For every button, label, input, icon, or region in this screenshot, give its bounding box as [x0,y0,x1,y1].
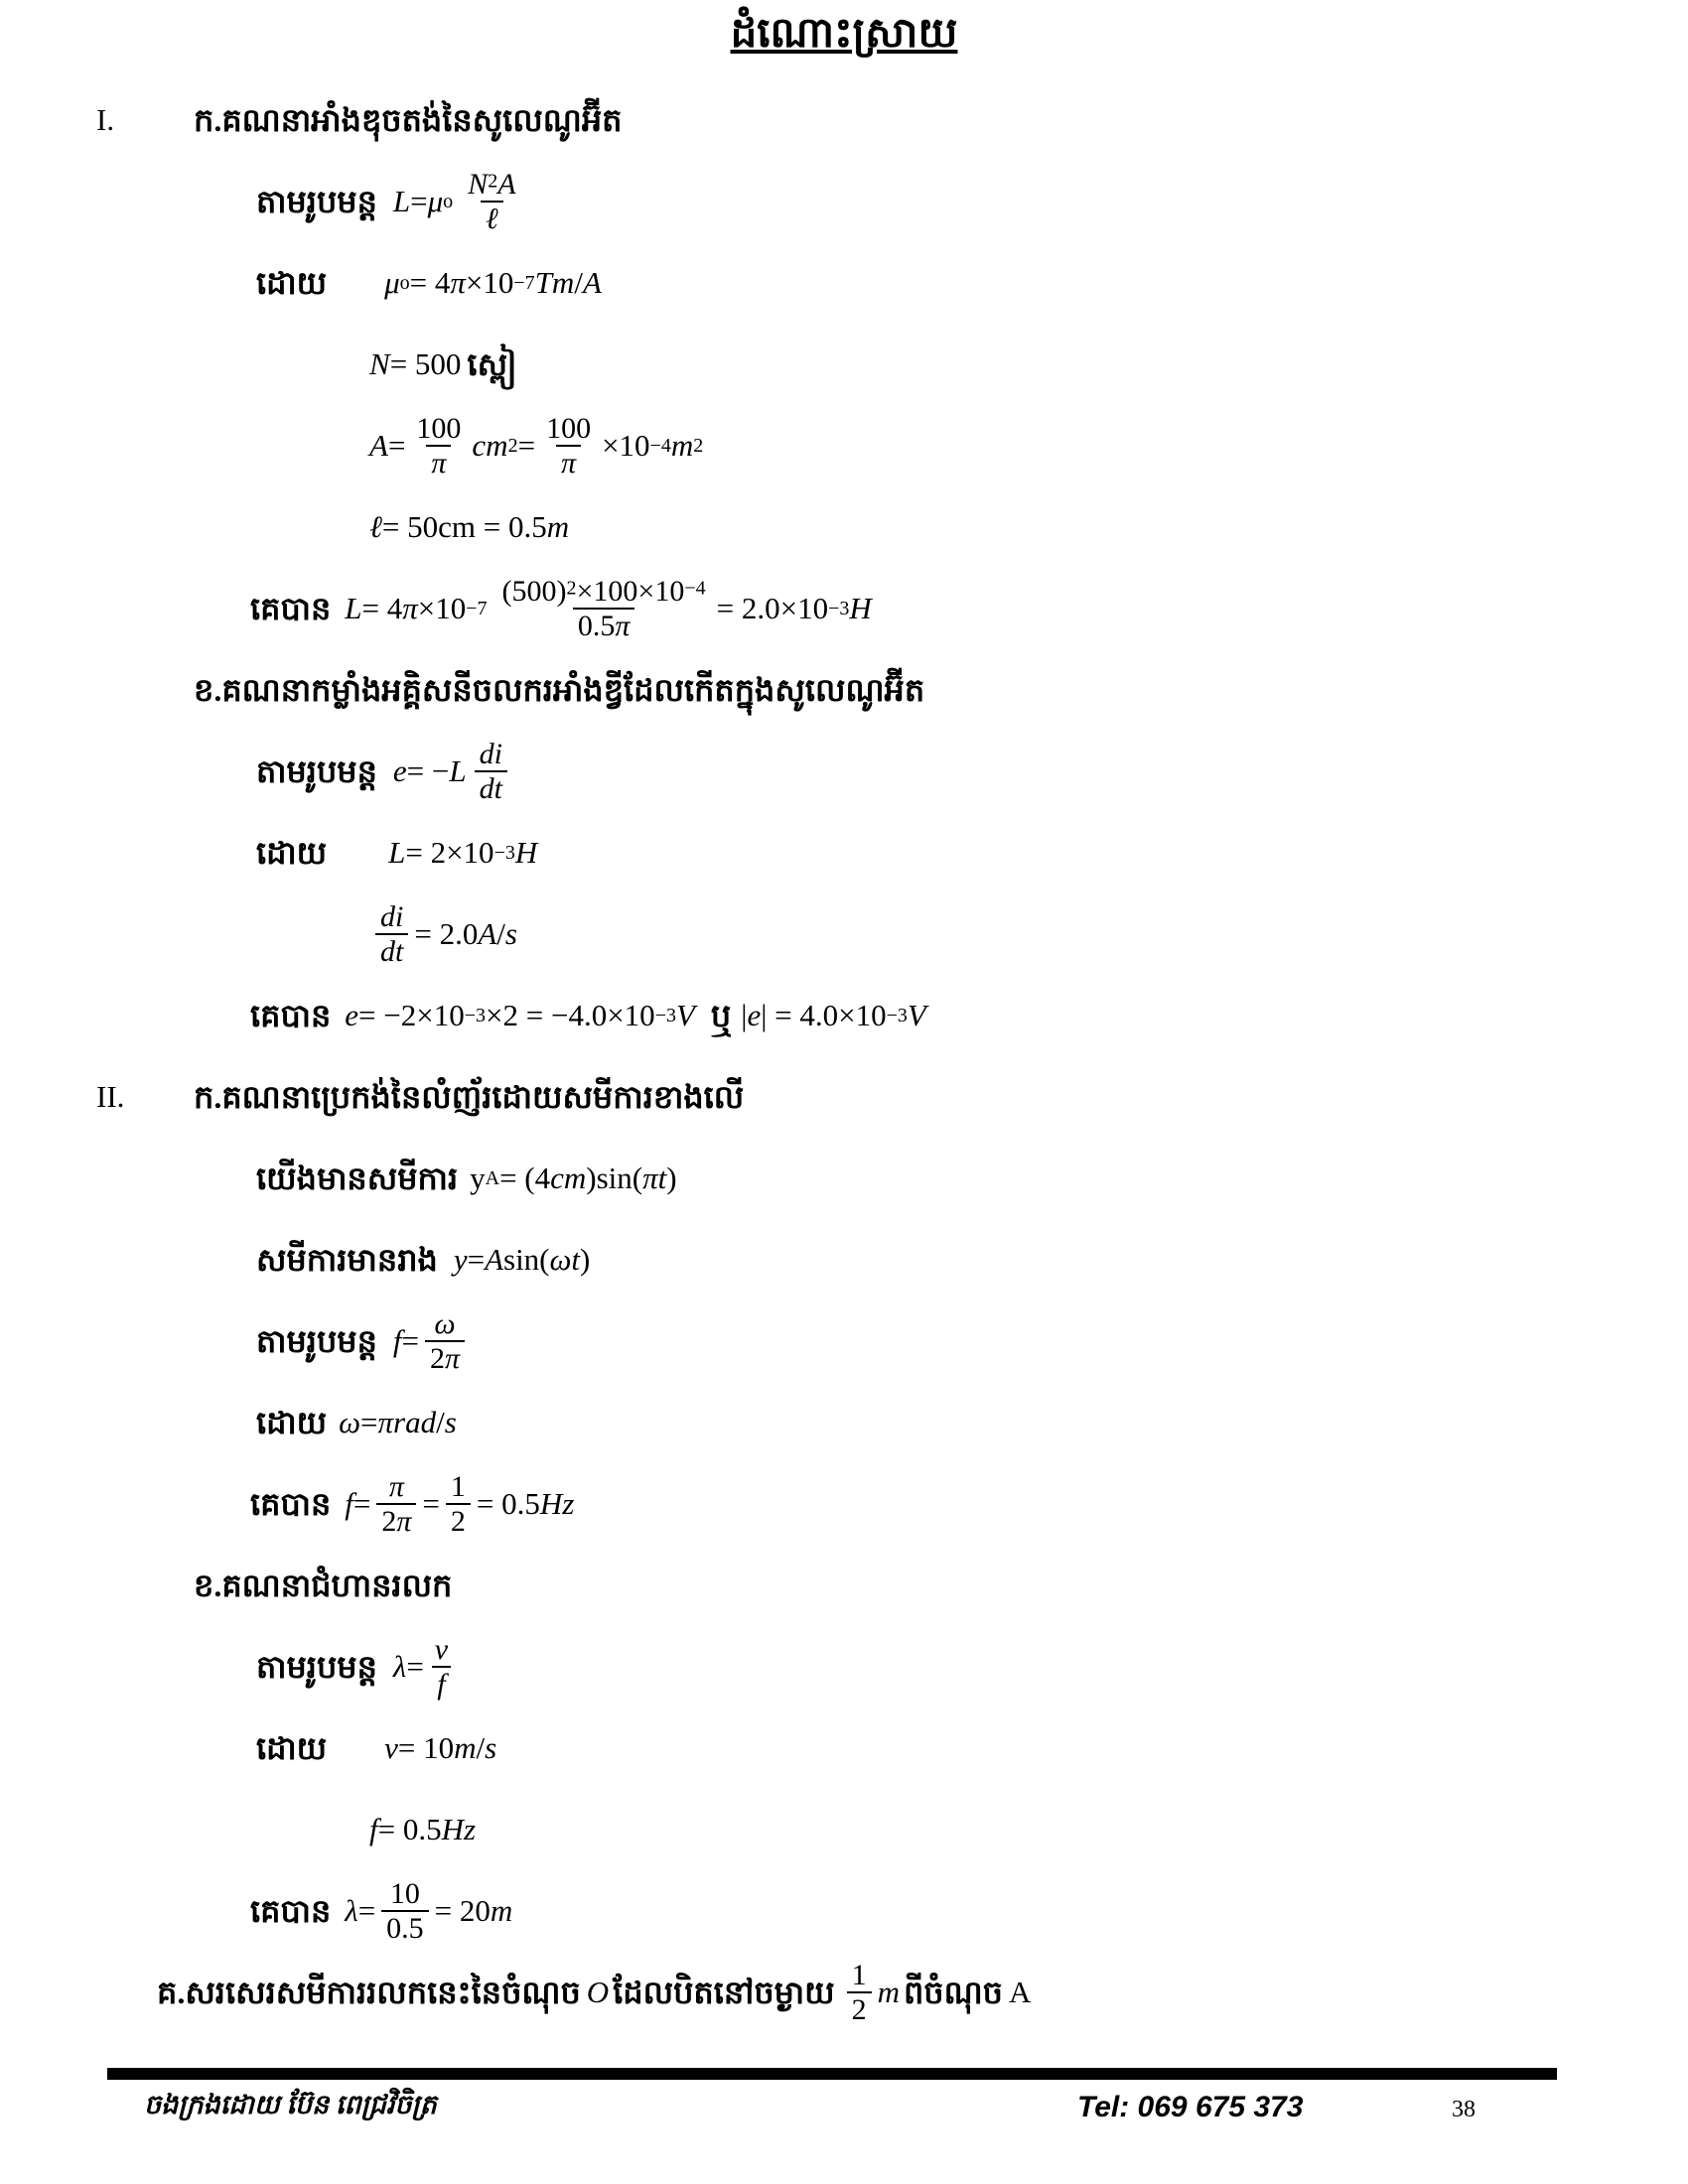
fraction: 100π [541,412,596,479]
math-text: | = 4.0×10 [761,999,886,1032]
math-text: 100 [416,412,461,445]
fraction-numerator: di [375,900,408,933]
formula-line: didt = 2.0A / s [0,893,1688,975]
math-text: = [406,1650,423,1684]
math-text: / [496,917,505,951]
math-text: = [388,429,405,463]
spacer [337,1504,345,1505]
math-variable: ℓ [486,203,498,235]
math-variable: π [377,1406,393,1439]
fraction-numerator: 100 [541,412,596,445]
math-variable: dt [480,772,502,805]
math-variable: m [547,510,569,544]
formula-line: តាមរូបមន្តf = ω2π [0,1300,1688,1382]
fraction: ω2π [425,1307,465,1375]
khmer-text: តាមរូបមន្ត [256,752,377,790]
footer-telephone: Tel: 069 675 373 [1077,2091,1303,2124]
fraction-numerator: ω [429,1307,460,1340]
khmer-text: គ.សរសេរសមីការរលកនេះនៃចំណុច [157,1974,581,2011]
section-numeral: I. [96,102,114,138]
math-text: = [410,185,427,218]
fraction-denominator: 0.5π [573,608,635,642]
fraction-numerator: N2A [463,168,520,201]
khmer-text: ស្ពៀ [467,345,516,383]
math-text: 2 [852,1993,867,2026]
khmer-text: ដោយ [256,1404,327,1441]
spacer [383,1667,393,1668]
math-variable: π [615,610,630,642]
superscript: −3 [465,1006,486,1025]
math-text: ×10 [466,266,513,300]
math-variable: π [561,447,576,479]
formula-line: ដោយμo = 4π×10−7Tm / A [0,242,1688,324]
math-variable: L [449,754,466,788]
math-text: 2 [430,1342,445,1375]
formula-line: គ.សរសេរសមីការរលកនេះនៃចំណុច Oដែលបិតនៅចម្ង… [0,1952,1688,2033]
fraction-numerator: v [430,1633,453,1666]
math-variable: ω [434,1307,455,1340]
math-variable: rad [393,1406,436,1439]
math-variable: π [431,447,446,479]
fraction: didt [375,900,408,968]
math-variable: H [849,592,871,625]
math-variable: V [676,999,695,1032]
math-variable: ℓ [369,510,382,544]
fraction-denominator: dt [375,933,408,968]
superscript: −3 [494,843,515,863]
math-text: = 2.0 [414,917,478,951]
math-variable: A [583,266,602,300]
fraction: 12 [847,1959,872,2026]
fraction: N2Aℓ [463,168,520,235]
khmer-text: គេបាន [250,590,331,627]
fraction-denominator: π [426,445,451,479]
math-text: 1 [451,1470,466,1503]
math-variable: y [454,1243,468,1277]
formula-line: គេបានe = −2×10−3 ×2 = −4.0×10−3Vឬ|e| = 4… [0,975,1688,1056]
math-variable: cm [472,429,507,463]
fraction: vf [430,1633,453,1701]
math-text: 0.5 [578,610,616,642]
fraction-denominator: ℓ [481,201,503,235]
math-text: ) [580,1243,590,1277]
math-variable: s [445,1406,457,1439]
math-text: = 20 [435,1894,491,1928]
math-variable: ω [550,1243,572,1277]
fraction: (500)2×100×10−40.5π [497,575,711,642]
formula-line: តាមរូបមន្តL = μoN2Aℓ [0,161,1688,242]
fraction: 100.5 [381,1877,429,1945]
fraction: 100π [411,412,466,479]
khmer-text: តាមរូបមន្ត [256,1322,377,1360]
section-numeral: II. [96,1079,124,1115]
math-variable: cm [550,1161,586,1195]
spacer [333,853,388,854]
superscript: 2 [567,578,577,600]
fraction-denominator: 2π [425,1340,465,1375]
spacer [695,1016,711,1017]
formula-line: N = 500ស្ពៀ [0,324,1688,405]
math-text: = 4 [362,592,403,625]
math-variable: v [384,1731,398,1765]
formula-line: គេបានλ = 100.5 = 20m [0,1870,1688,1952]
fraction-denominator: 2π [376,1503,416,1538]
section: I.ក.គណនាអាំងឌុចតង់នៃសូលេណូអ៊ីតតាមរូបមន្ត… [0,79,1688,1056]
formula-line: ខ.គណនាជំហានរលក [0,1545,1688,1626]
math-variable: m [491,1894,512,1928]
math-variable: N [468,168,488,201]
solution-content: I.ក.គណនាអាំងឌុចតង់នៃសូលេណូអ៊ីតតាមរូបមន្ត… [0,79,1688,2033]
math-variable: di [480,738,502,770]
math-variable: A [369,429,388,463]
math-text: = 2×10 [405,836,493,870]
math-variable: s [505,917,517,951]
spacer [467,771,469,772]
subscript: o [400,273,410,293]
math-variable: L [345,592,361,625]
math-variable: f [369,1813,378,1846]
superscript: 2 [508,436,518,456]
khmer-text: ឬ [711,997,731,1034]
section-heading-line: I.ក.គណនាអាំងឌុចតង់នៃសូលេណូអ៊ីត [0,79,1688,161]
superscript: −4 [650,436,671,456]
formula-line: ខ.គណនាកម្លាំងអគ្គិសនីចលករអាំងឌ្វីដែលកើតក… [0,649,1688,731]
math-text: ×100×10 [577,575,685,608]
math-text: = 4 [410,266,451,300]
fraction-numerator: 10 [385,1877,425,1910]
spacer [383,1341,393,1342]
math-text: = − [407,754,450,788]
math-text: / [436,1406,445,1439]
math-text: (500) [502,575,567,608]
math-variable: Tm [535,266,575,300]
math-text: = [353,1487,370,1521]
fraction: 12 [446,1470,471,1538]
khmer-text: គេបាន [250,1485,331,1523]
fraction: didt [475,738,507,805]
math-variable: v [435,1633,448,1666]
math-text: = 50cm = 0.5 [382,510,547,544]
formula-line: ដោយv = 10m / s [0,1707,1688,1789]
khmer-text: ខ.គណនាជំហានរលក [194,1567,452,1604]
section-heading-line: II.ក.គណនាប្រេកង់នៃលំញ័រដោយសមីការខាងលើ [0,1056,1688,1138]
math-variable: π [402,592,418,625]
math-variable: f [393,1324,402,1358]
math-text: = (4 [499,1161,550,1195]
superscript: −3 [887,1006,908,1025]
math-variable: μ [384,266,400,300]
math-variable: π [396,1505,411,1538]
formula-line: គេបានL = 4π×10−7(500)2×100×10−40.5π = 2.… [0,568,1688,649]
spacer [383,771,393,772]
math-text: A [1009,1976,1031,2009]
math-text: ×10 [602,429,649,463]
math-variable: m [671,429,693,463]
fraction-numerator: 100 [411,412,466,445]
khmer-text: តាមរូបមន្ត [256,183,377,220]
math-variable: Hz [540,1487,574,1521]
khmer-text: យើងមានសមីការ [256,1160,458,1197]
math-text: = 500 [390,347,462,381]
math-variable: μ [428,185,444,218]
math-text: )sin( [586,1161,642,1195]
khmer-text: ខ.គណនាកម្លាំងអគ្គិសនីចលករអាំងឌ្វីដែលកើតក… [194,671,924,709]
math-text: = 0.5 [378,1813,442,1846]
fraction-denominator: 0.5 [381,1910,429,1945]
math-text: = 0.5 [477,1487,540,1521]
math-variable: π [389,1470,404,1503]
math-text: sin( [503,1243,550,1277]
superscript: −4 [684,578,705,600]
math-variable: t [658,1161,667,1195]
math-variable: π [642,1161,658,1195]
spacer [333,1748,384,1749]
superscript: −7 [513,273,534,293]
khmer-text: សមីការមានរាង [256,1241,438,1279]
math-text: 10 [390,1877,420,1910]
math-variable: e [393,754,407,788]
math-text: 2 [381,1505,396,1538]
footer-divider [107,2068,1557,2080]
math-variable: e [345,999,358,1032]
math-variable: λ [393,1650,406,1684]
math-text: = [518,429,535,463]
math-text: = [422,1487,439,1521]
spacer [333,283,384,284]
fraction-numerator: 1 [446,1470,471,1503]
math-text: = 10 [398,1731,454,1765]
math-variable: m [878,1976,900,2009]
formula-line: យើងមានសមីការyA = (4cm)sin(πt) [0,1138,1688,1219]
math-text: / [476,1731,485,1765]
math-variable: f [437,1668,445,1701]
fraction-numerator: 1 [847,1959,872,1991]
formula-line: តាមរូបមន្តλ = vf [0,1626,1688,1707]
formula-line: សមីការមានរាងy = Asin(ωt) [0,1219,1688,1300]
math-variable: O [587,1976,609,2009]
math-variable: L [393,185,410,218]
math-text: = [468,1243,485,1277]
formula-line: ដោយL = 2×10−3H [0,812,1688,893]
subscript: o [443,192,453,211]
math-text: 1 [852,1959,867,1991]
superscript: −3 [828,599,849,618]
math-variable: π [445,1342,460,1375]
fraction-numerator: (500)2×100×10−4 [497,575,711,608]
math-variable: dt [380,935,403,968]
section: II.ក.គណនាប្រេកង់នៃលំញ័រដោយសមីការខាងលើយើង… [0,1056,1688,2033]
fraction-denominator: 2 [446,1503,471,1538]
formula-line: f = 0.5Hz [0,1789,1688,1870]
math-variable: A [485,1243,503,1277]
math-text: = [358,1894,375,1928]
superscript: −7 [466,599,487,618]
spacer [337,1016,345,1017]
formula-line: ℓ = 50cm = 0.5m [0,486,1688,568]
page-title: ដំណោះស្រាយ [0,0,1688,79]
fraction-numerator: π [384,1470,409,1503]
math-text: / [574,266,583,300]
khmer-text: ដោយ [256,834,327,872]
khmer-text: គេបាន [250,1892,331,1930]
math-text: = −2×10 [358,999,465,1032]
fraction-numerator: di [475,738,507,770]
math-text: ×10 [418,592,466,625]
fraction-denominator: dt [475,770,507,805]
superscript: −3 [655,1006,676,1025]
math-variable: V [908,999,926,1032]
math-variable: s [485,1731,496,1765]
formula-line: គេបានf = π2π = 12 = 0.5Hz [0,1463,1688,1545]
khmer-text: ដោយ [256,1729,327,1767]
khmer-text: ក.គណនាប្រេកង់នៃលំញ័រដោយសមីការខាងលើ [194,1078,744,1116]
formula-line: A = 100πcm2 = 100π×10−4m2 [0,405,1688,486]
superscript: 2 [693,436,703,456]
footer-page-number: 38 [1452,2097,1476,2123]
math-variable: e [747,999,761,1032]
math-text: ×2 = −4.0×10 [486,999,655,1032]
spacer [383,202,393,203]
math-variable: N [369,347,390,381]
spacer [488,609,492,610]
math-text: = 2.0×10 [717,592,828,625]
spacer [444,1260,454,1261]
khmer-text: ក.គណនាអាំងឌុចតង់នៃសូលេណូអ៊ីត [194,101,622,139]
math-variable: t [571,1243,580,1277]
math-variable: L [388,836,405,870]
fraction-denominator: 2 [847,1991,872,2026]
document-page: ដំណោះស្រាយ I.ក.គណនាអាំងឌុចតង់នៃសូលេណូអ៊ី… [0,0,1688,2184]
fraction: π2π [376,1470,416,1538]
subscript: A [486,1168,499,1188]
math-variable: A [478,917,496,951]
math-variable: di [380,900,403,933]
math-text: ) [666,1161,676,1195]
math-text: = [402,1324,419,1358]
math-text: 100 [546,412,591,445]
formula-line: ដោយω = πrad / s [0,1382,1688,1463]
math-variable: A [497,168,515,201]
formula-line: តាមរូបមន្តe = −Ldidt [0,731,1688,812]
math-variable: π [450,266,466,300]
math-text: 0.5 [386,1912,424,1945]
math-variable: λ [345,1894,357,1928]
math-variable: H [515,836,537,870]
khmer-text: ពីចំណុច [904,1974,1003,2011]
fraction-denominator: f [432,1666,450,1701]
math-text: y [470,1161,486,1195]
math-text: = [360,1406,377,1439]
math-text: 2 [451,1505,466,1538]
math-variable: m [454,1731,476,1765]
superscript: 2 [488,171,497,193]
footer-author: ចងក្រងដោយ ប៊ែន ពេជ្រវិចិត្រ [144,2089,437,2127]
khmer-text: គេបាន [250,997,331,1034]
math-variable: ω [339,1406,360,1439]
spacer [453,202,457,203]
fraction-denominator: π [556,445,581,479]
khmer-text: ដោយ [256,264,327,302]
khmer-text: តាមរូបមន្ត [256,1648,377,1686]
math-variable: Hz [442,1813,476,1846]
math-variable: f [345,1487,353,1521]
khmer-text: ដែលបិតនៅចម្ងាយ [613,1974,834,2011]
